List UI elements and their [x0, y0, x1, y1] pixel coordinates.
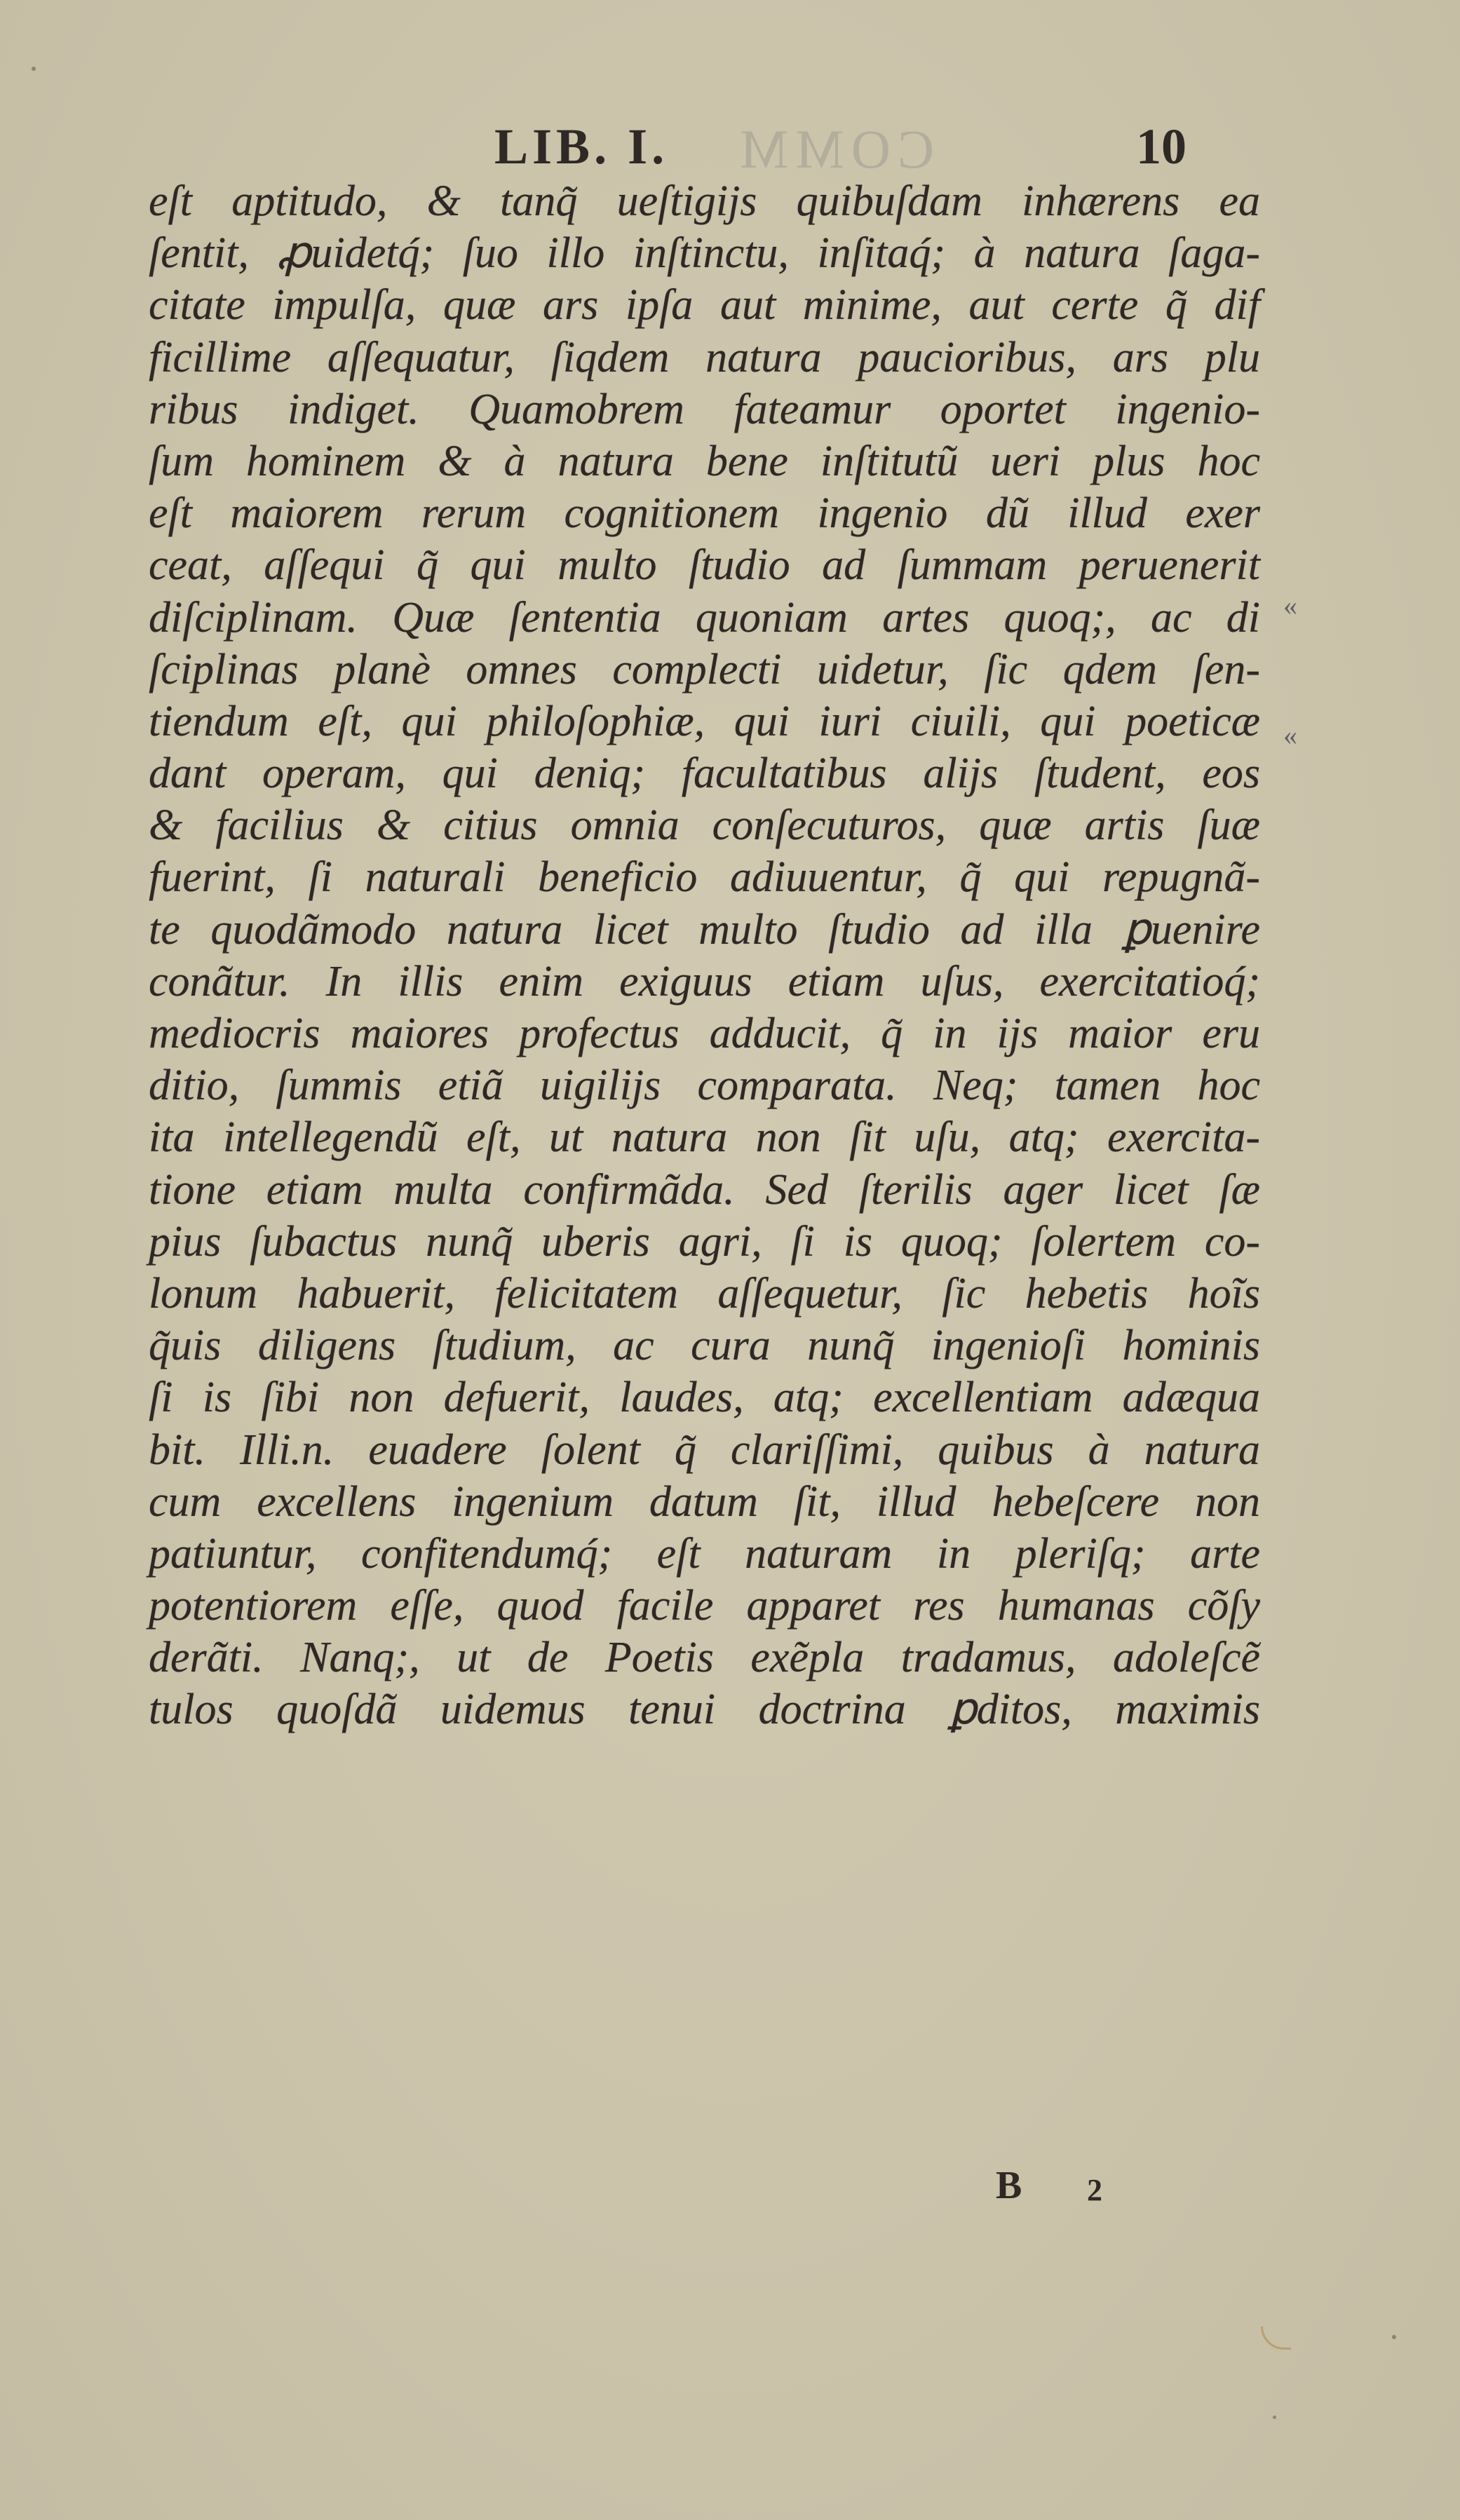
- text-line: ribus indiget. Quamobrem fateamur oporte…: [149, 384, 1260, 435]
- signature-number: 2: [1087, 2172, 1102, 2208]
- text-line: tione etiam multa confirmãda. Sed ſteril…: [149, 1164, 1260, 1216]
- marginal-quotation-mark: «: [1283, 719, 1297, 752]
- text-line: & facilius & citius omnia conſecuturos, …: [149, 799, 1260, 851]
- paper-fiber: [1261, 2326, 1291, 2350]
- text-line: bit. Illi.n. euadere ſolent q̃ clariſſim…: [149, 1424, 1260, 1476]
- text-line: lonum habuerit, felicitatem aſſequetur, …: [149, 1268, 1260, 1320]
- text-line: diſciplinam. Quæ ſententia quoniam artes…: [149, 592, 1260, 644]
- text-line: mediocris maiores profectus adducit, q̃ …: [149, 1008, 1260, 1059]
- body-text: eſt aptitudo, & tanq̃ ueſtigijs quibuſda…: [149, 175, 1260, 1736]
- folio-number: 10: [1136, 118, 1187, 176]
- book-page: COMM LIB. I. 10 eſt aptitudo, & tanq̃ ue…: [0, 0, 1460, 2520]
- signature-letter: B: [996, 2163, 1022, 2208]
- paper-speck: [32, 67, 36, 71]
- text-line: eſt maiorem rerum cognitionem ingenio dũ…: [149, 487, 1260, 539]
- text-line: conãtur. In illis enim exiguus etiam uſu…: [149, 956, 1260, 1008]
- text-line: ceat, aſſequi q̃ qui multo ſtudio ad ſum…: [149, 539, 1260, 591]
- text-line: ſciplinas planè omnes complecti uidetur,…: [149, 644, 1260, 696]
- text-line: ſum hominem & à natura bene inſtitutũ ue…: [149, 435, 1260, 487]
- text-line: tiendum eſt, qui philoſophiæ, qui iuri c…: [149, 696, 1260, 747]
- paper-speck: [1392, 2335, 1396, 2339]
- text-line: pius ſubactus nunq̃ uberis agri, ſi is q…: [149, 1216, 1260, 1268]
- text-line: fuerint, ſi naturali beneficio adiuuentu…: [149, 851, 1260, 903]
- text-line: cum excellens ingenium datum ſit, illud …: [149, 1476, 1260, 1528]
- text-line: eſt aptitudo, & tanq̃ ueſtigijs quibuſda…: [149, 175, 1260, 227]
- text-line: dant operam, qui deniq; facultatibus ali…: [149, 747, 1260, 799]
- text-line: potentiorem eſſe, quod facile apparet re…: [149, 1580, 1260, 1632]
- paper-speck: [1273, 2416, 1276, 2419]
- show-through-text: COMM: [733, 118, 934, 181]
- text-line: tulos quoſdã uidemus tenui doctrina ꝑdit…: [149, 1684, 1260, 1735]
- marginal-quotation-mark: «: [1283, 589, 1297, 622]
- text-line: te quodãmodo natura licet multo ſtudio a…: [149, 904, 1260, 956]
- text-line: q̃uis diligens ſtudium, ac cura nunq̃ in…: [149, 1320, 1260, 1371]
- text-line: ſentit, ꝓuidetq́; ſuo illo inſtinctu, in…: [149, 227, 1260, 279]
- text-line: ditio, ſummis etiã uigilijs comparata. N…: [149, 1059, 1260, 1111]
- text-line: patiuntur, confitendumq́; eſt naturam in…: [149, 1528, 1260, 1580]
- text-line: ſi is ſibi non defuerit, laudes, atq; ex…: [149, 1371, 1260, 1423]
- text-line: ficillime aſſequatur, ſiqdem natura pauc…: [149, 332, 1260, 384]
- running-head: LIB. I.: [494, 118, 668, 176]
- text-line: citate impulſa, quæ ars ipſa aut minime,…: [149, 279, 1260, 331]
- text-line: derãti. Nanq;, ut de Poetis exẽpla trada…: [149, 1632, 1260, 1684]
- text-line: ita intellegendũ eſt, ut natura non ſit …: [149, 1111, 1260, 1163]
